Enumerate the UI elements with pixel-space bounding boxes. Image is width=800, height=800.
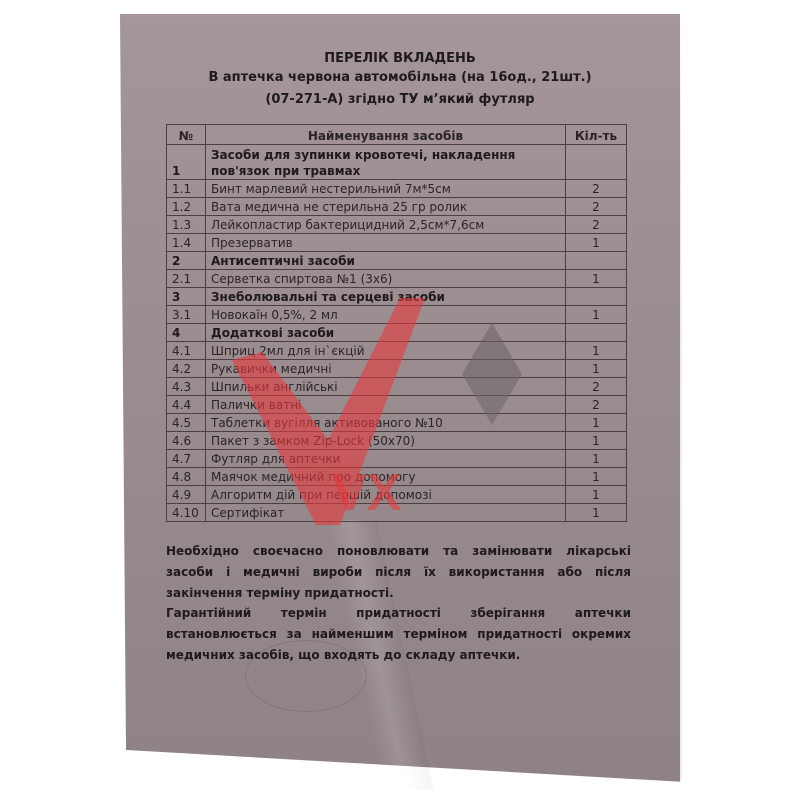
row-name: Маячок медичний про допомогу — [206, 468, 566, 486]
row-num: 4.5 — [167, 414, 206, 432]
row-name: Рукавички медичні — [206, 360, 566, 378]
table-row: 4.8Маячок медичний про допомогу1 — [167, 468, 627, 486]
table-row: 4.9Алгоритм дій при першій допомозі1 — [167, 486, 627, 504]
header-name: Найменування засобів — [206, 125, 566, 145]
row-name: Антисептичні засоби — [206, 252, 566, 270]
row-qty — [566, 288, 627, 306]
document-subtitle-2: (07-271-А) згідно ТУ м’який футляр — [120, 92, 680, 107]
row-name: Вата медична не стерильна 25 гр ролик — [206, 198, 566, 216]
row-name: Алгоритм дій при першій допомозі — [206, 486, 566, 504]
row-name: Новокаїн 0,5%, 2 мл — [206, 306, 566, 324]
row-num: 4.7 — [167, 450, 206, 468]
row-qty: 1 — [566, 342, 627, 360]
row-num: 4 — [167, 324, 206, 342]
row-name: Серветка спиртова №1 (3х6) — [206, 270, 566, 288]
table-row: 3.1Новокаїн 0,5%, 2 мл1 — [167, 306, 627, 324]
row-qty: 1 — [566, 414, 627, 432]
row-name: Палички ватні — [206, 396, 566, 414]
table-section-row: 1Засоби для зупинки кровотечі, накладенн… — [167, 145, 627, 180]
note-replace: Необхідно своєчасно поновлювати та замін… — [166, 541, 631, 604]
header-num: № — [167, 125, 206, 145]
table-section-row: 2Антисептичні засоби — [167, 252, 627, 270]
row-name: Пакет з замком Zip-Lock (50х70) — [206, 432, 566, 450]
row-name: Бинт марлевий нестерильний 7м*5см — [206, 180, 566, 198]
row-qty: 2 — [566, 216, 627, 234]
row-qty: 1 — [566, 306, 627, 324]
row-num: 4.2 — [167, 360, 206, 378]
table-header-row: № Найменування засобів Кіл-ть — [167, 125, 627, 145]
row-num: 2 — [167, 252, 206, 270]
row-num: 4.9 — [167, 486, 206, 504]
note-warranty: Гарантійний термін придатності зберіганн… — [166, 603, 631, 666]
row-name: Футляр для аптечки — [206, 450, 566, 468]
table-section-row: 4Додаткові засоби — [167, 324, 627, 342]
row-name: Сертифікат — [206, 504, 566, 522]
row-num: 4.8 — [167, 468, 206, 486]
contents-table: № Найменування засобів Кіл-ть 1Засоби дл… — [166, 124, 627, 522]
row-qty: 1 — [566, 234, 627, 252]
row-num: 1.4 — [167, 234, 206, 252]
table-row: 4.2Рукавички медичні1 — [167, 360, 627, 378]
row-qty: 2 — [566, 198, 627, 216]
row-num: 2.1 — [167, 270, 206, 288]
document-title: ПЕРЕЛІК ВКЛАДЕНЬ — [120, 51, 680, 66]
row-qty: 1 — [566, 468, 627, 486]
table-row: 2.1Серветка спиртова №1 (3х6)1 — [167, 270, 627, 288]
row-name: Таблетки вугілля активованого №10 — [206, 414, 566, 432]
row-num: 4.10 — [167, 504, 206, 522]
row-name: Знеболювальні та серцеві засоби — [206, 288, 566, 306]
table-row: 4.1Шприц 2мл для ін`єкцій1 — [167, 342, 627, 360]
row-num: 3 — [167, 288, 206, 306]
row-name: Шпильки англійські — [206, 378, 566, 396]
row-qty: 1 — [566, 360, 627, 378]
row-name: Засоби для зупинки кровотечі, накладення… — [206, 145, 566, 180]
row-num: 1 — [167, 145, 206, 180]
row-num: 1.2 — [167, 198, 206, 216]
table-row: 1.3Лейкопластир бактерицидний 2,5см*7,6с… — [167, 216, 627, 234]
row-num: 4.1 — [167, 342, 206, 360]
row-name: Шприц 2мл для ін`єкцій — [206, 342, 566, 360]
row-qty: 1 — [566, 450, 627, 468]
row-num: 4.3 — [167, 378, 206, 396]
row-num: 1.3 — [167, 216, 206, 234]
table-row: 4.7Футляр для аптечки1 — [167, 450, 627, 468]
document-subtitle: В аптечка червона автомобільна (на 16од.… — [120, 70, 680, 85]
row-qty: 2 — [566, 180, 627, 198]
row-qty — [566, 145, 627, 180]
row-name: Презерватив — [206, 234, 566, 252]
row-qty: 1 — [566, 270, 627, 288]
row-num: 4.4 — [167, 396, 206, 414]
table-row: 1.1Бинт марлевий нестерильний 7м*5см2 — [167, 180, 627, 198]
row-qty: 2 — [566, 396, 627, 414]
row-qty: 1 — [566, 432, 627, 450]
row-qty — [566, 252, 627, 270]
row-name: Додаткові засоби — [206, 324, 566, 342]
table-row: 4.4Палички ватні2 — [167, 396, 627, 414]
table-row: 4.5Таблетки вугілля активованого №101 — [167, 414, 627, 432]
row-name: Лейкопластир бактерицидний 2,5см*7,6см — [206, 216, 566, 234]
row-qty: 1 — [566, 504, 627, 522]
row-qty: 1 — [566, 486, 627, 504]
table-row: 4.6Пакет з замком Zip-Lock (50х70)1 — [167, 432, 627, 450]
table-row: 1.4Презерватив1 — [167, 234, 627, 252]
table-row: 4.10Сертифікат1 — [167, 504, 627, 522]
table-row: 4.3Шпильки англійські2 — [167, 378, 627, 396]
header-qty: Кіл-ть — [566, 125, 627, 145]
row-qty: 2 — [566, 378, 627, 396]
row-num: 1.1 — [167, 180, 206, 198]
table-section-row: 3Знеболювальні та серцеві засоби — [167, 288, 627, 306]
table-row: 1.2Вата медична не стерильна 25 гр ролик… — [167, 198, 627, 216]
row-num: 4.6 — [167, 432, 206, 450]
row-qty — [566, 324, 627, 342]
row-num: 3.1 — [167, 306, 206, 324]
